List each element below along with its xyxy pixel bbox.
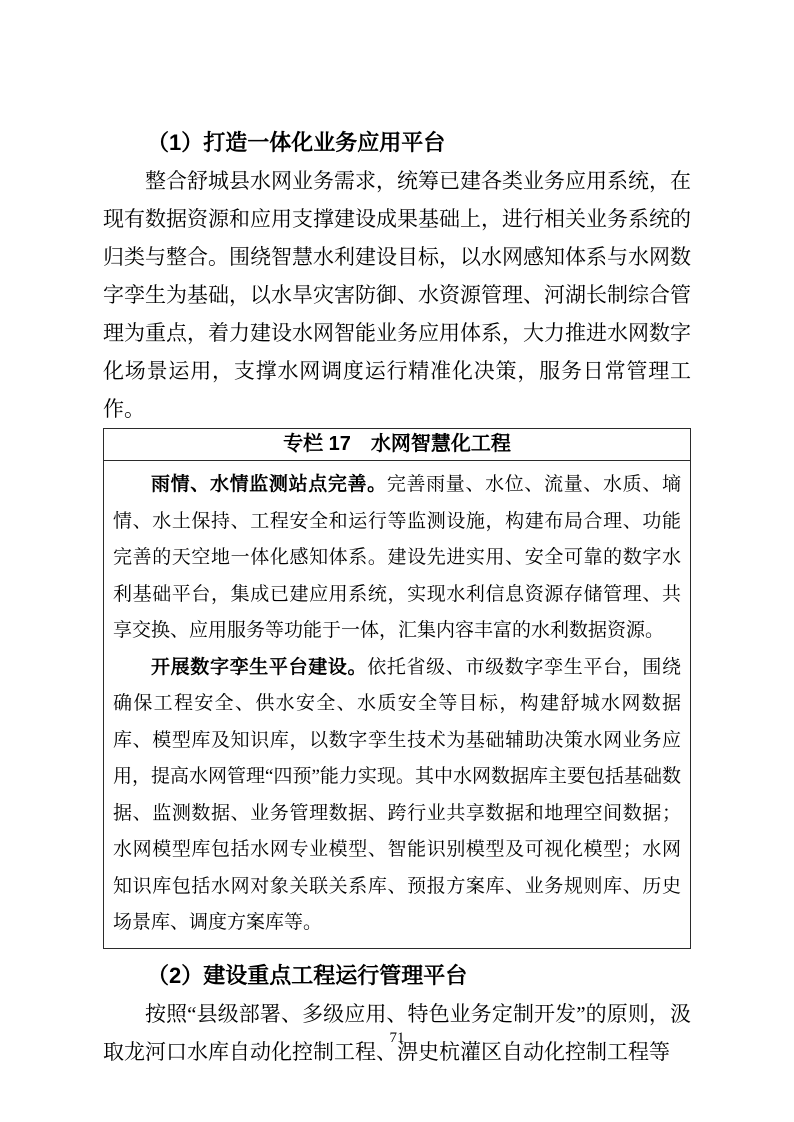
feature-box-title: 专栏 17 水网智慧化工程 bbox=[104, 429, 690, 461]
section-1-paragraph: 整合舒城县水网业务需求，统筹已建各类业务应用系统，在现有数据资源和应用支撑建设成… bbox=[103, 162, 691, 428]
feature-box-paragraph-1-text: 完善雨量、水位、流量、水质、墒情、水土保持、工程安全和运行等监测设施，构建布局合… bbox=[113, 474, 681, 641]
feature-box-paragraph-1-lead: 雨情、水情监测站点完善。 bbox=[151, 474, 387, 495]
section-heading-2: （2）建设重点工程运行管理平台 bbox=[103, 957, 691, 995]
page-number: 71 bbox=[0, 1030, 794, 1047]
feature-box-paragraph-2-lead: 开展数字孪生平台建设。 bbox=[151, 657, 367, 678]
feature-box-paragraph-2-text: 依托省级、市级数字孪生平台，围绕确保工程安全、供水安全、水质安全等目标，构建舒城… bbox=[113, 657, 681, 934]
document-page: （1）打造一体化业务应用平台 整合舒城县水网业务需求，统筹已建各类业务应用系统，… bbox=[103, 0, 691, 1071]
section-heading-1: （1）打造一体化业务应用平台 bbox=[103, 124, 691, 162]
feature-box-body: 雨情、水情监测站点完善。完善雨量、水位、流量、水质、墒情、水土保持、工程安全和运… bbox=[104, 461, 690, 948]
feature-box-paragraph-1: 雨情、水情监测站点完善。完善雨量、水位、流量、水质、墒情、水土保持、工程安全和运… bbox=[113, 467, 681, 650]
feature-box-paragraph-2: 开展数字孪生平台建设。依托省级、市级数字孪生平台，围绕确保工程安全、供水安全、水… bbox=[113, 650, 681, 942]
feature-box-column-17: 专栏 17 水网智慧化工程 雨情、水情监测站点完善。完善雨量、水位、流量、水质、… bbox=[103, 428, 691, 949]
